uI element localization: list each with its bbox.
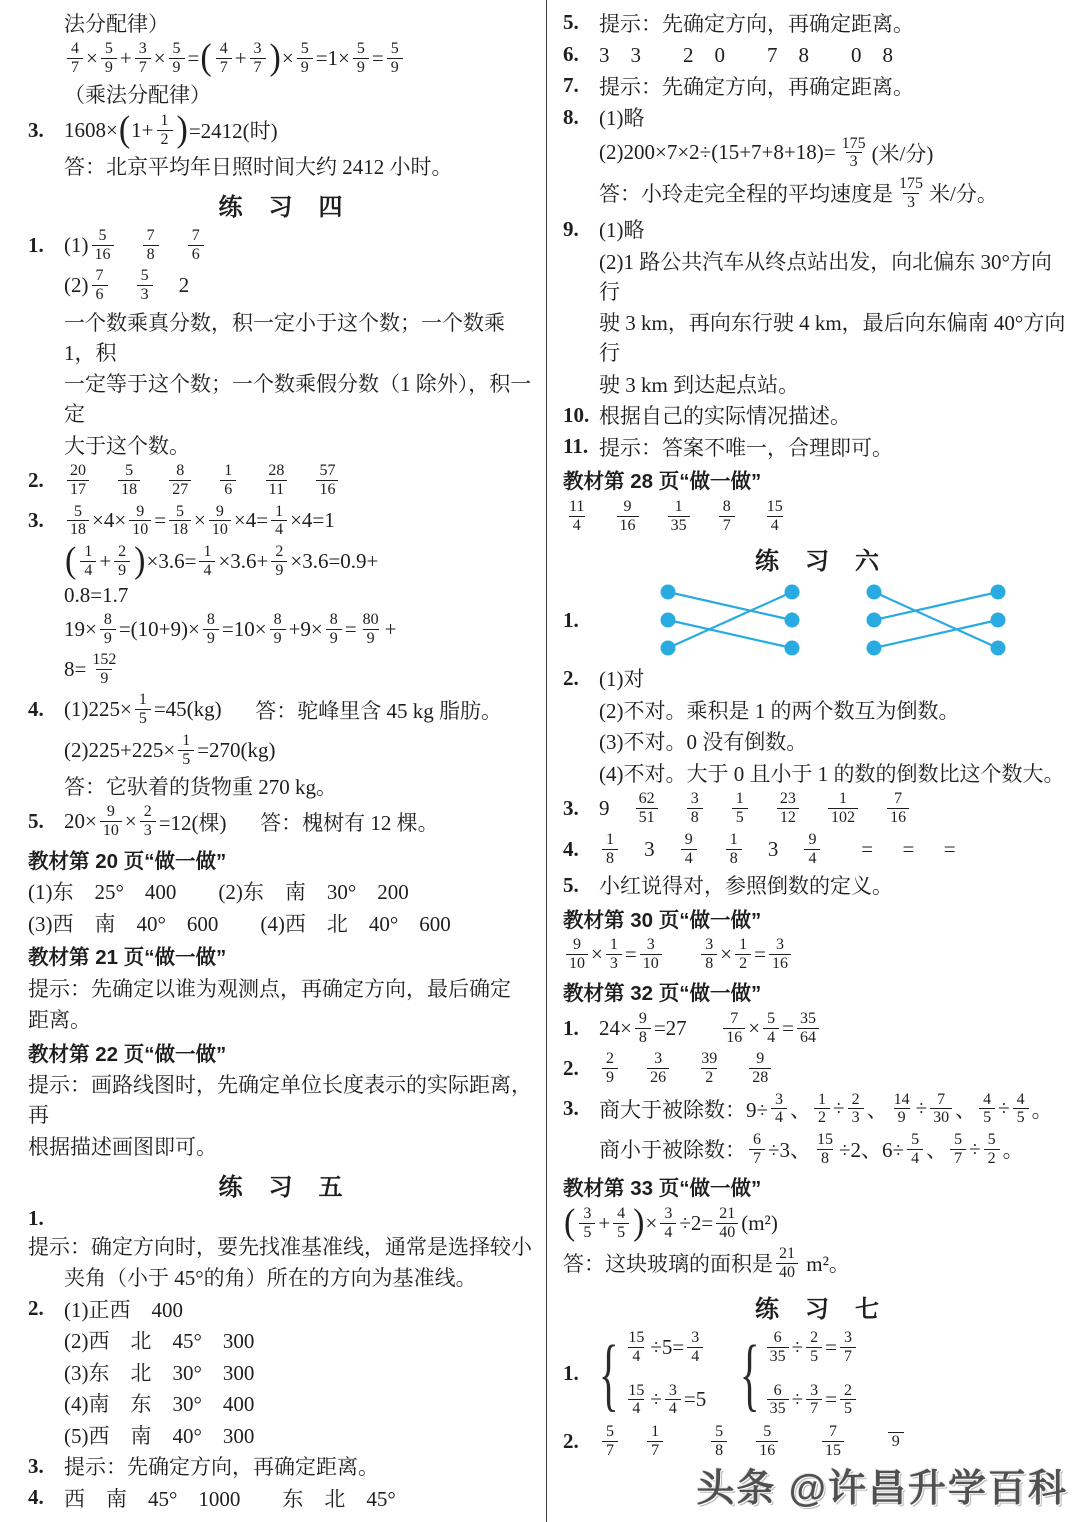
item-number: 4. xyxy=(28,1485,64,1510)
big-paren: ) xyxy=(176,113,189,147)
text-run: ÷ xyxy=(833,1096,845,1121)
fraction: 98 xyxy=(635,1010,651,1047)
text-run: = xyxy=(345,617,357,642)
fraction: 2811 xyxy=(265,462,287,499)
text-run: ×4× xyxy=(92,508,126,533)
item-number: 3. xyxy=(28,1454,64,1479)
fraction-numerator: 15 xyxy=(625,1329,647,1347)
answer-line: 3.1608×(1+12)=2412(时) xyxy=(28,111,534,150)
fraction: 14 xyxy=(271,503,287,540)
fraction-numerator: 175 xyxy=(896,175,926,193)
answer-line: (2)西 北 45° 300 xyxy=(28,1325,534,1355)
fraction-denominator: 9 xyxy=(353,58,369,77)
fraction: 37 xyxy=(250,40,266,77)
text-run: (1)东 25° 400 (2)东 南 30° 200 xyxy=(28,876,409,906)
answer-line: 8.(1)略 xyxy=(563,102,1072,132)
fraction-numerator: 9 xyxy=(569,936,585,954)
equation-group: {635÷25=37635÷37=25 xyxy=(740,1328,859,1420)
fraction-numerator: 9 xyxy=(752,1050,768,1068)
answer-line: 9.(1)略 xyxy=(563,214,1072,244)
fraction: 89 xyxy=(326,611,342,648)
fraction-denominator: 5 xyxy=(840,1399,856,1418)
fraction: 89 xyxy=(270,611,286,648)
text-run: ÷ xyxy=(916,1096,928,1121)
fraction: 14 xyxy=(199,543,215,580)
text-run: =2412(时) xyxy=(189,115,278,145)
text-run: 提示：先确定方向，再确定距离。 xyxy=(64,1451,379,1481)
answer-line: 4.1839418394=== xyxy=(563,830,1072,869)
text-run: ×3.6=0.9+ xyxy=(290,549,378,574)
fraction-numerator: 1 xyxy=(271,503,287,521)
fraction-numerator: 1 xyxy=(814,1091,830,1109)
text-run: 、 xyxy=(867,1094,888,1124)
text-run: 根据描述画图即可。 xyxy=(28,1131,217,1161)
equation-line: 154÷34=5 xyxy=(622,1381,706,1420)
fraction: 518 xyxy=(169,503,191,540)
item-number: 6. xyxy=(563,42,599,67)
item-number: 5. xyxy=(28,809,64,834)
text-run: + xyxy=(598,1211,610,1236)
answer-line: 47×59+37×59=(47+37)×59=1×59=59 xyxy=(28,39,534,78)
text-run: (2)225+225× xyxy=(64,738,175,763)
answer-line: (35+45)×34÷2=2140(m²) xyxy=(563,1204,1072,1243)
fraction-denominator: 10 xyxy=(640,954,662,973)
fraction: 47 xyxy=(216,40,232,77)
fraction-numerator: 6 xyxy=(770,1329,786,1347)
fraction-numerator: 1 xyxy=(602,831,618,849)
spacer xyxy=(914,849,943,850)
spacer xyxy=(706,808,729,809)
fraction-denominator: 6 xyxy=(188,245,204,264)
fraction-denominator: 4 xyxy=(681,849,697,868)
fraction-denominator: 9 xyxy=(326,629,342,648)
spacer xyxy=(642,516,665,517)
spacer xyxy=(778,849,801,850)
fraction: 635 xyxy=(767,1382,789,1419)
fraction: 23 xyxy=(140,803,156,840)
fraction: 37 xyxy=(840,1329,856,1366)
answer-line: 5.提示：先确定方向，再确定距离。 xyxy=(563,8,1072,38)
answer-line: (2)225+225×15=270(kg) xyxy=(28,731,534,770)
text-run: × xyxy=(720,942,732,967)
fraction-denominator: 40 xyxy=(716,1223,738,1242)
fraction: 326 xyxy=(647,1050,669,1087)
item-number: 1. xyxy=(563,608,599,633)
fraction-denominator: 3 xyxy=(848,1108,864,1127)
spacer xyxy=(621,1441,644,1442)
text-run: 一个数乘真分数，积一定小于这个数；一个数乘 1，积 xyxy=(64,307,534,367)
fraction-denominator: 8 xyxy=(602,849,618,868)
fraction-numerator: 5 xyxy=(297,40,313,58)
text-run: 3 3 2 0 7 8 0 8 xyxy=(599,39,893,69)
fraction-denominator: 9 xyxy=(101,58,117,77)
big-paren: ( xyxy=(199,42,212,76)
fraction-denominator: 4 xyxy=(199,561,215,580)
fraction: 12 xyxy=(814,1091,830,1128)
text-run: (4)不对。大于 0 且小于 1 的数的倒数比这个数大。 xyxy=(599,758,1065,788)
fraction-denominator: 35 xyxy=(668,516,690,535)
spacer xyxy=(666,1441,708,1442)
textbook-page-subheading: 教材第 22 页“做一做” xyxy=(28,1037,534,1067)
fraction-denominator: 8 xyxy=(726,849,742,868)
fraction-numerator: 3 xyxy=(771,1091,787,1109)
text-run: 提示：答案不唯一，合理即可。 xyxy=(599,432,893,462)
fraction-numerator: 5 xyxy=(763,1010,779,1028)
fraction-numerator: 35 xyxy=(797,1010,819,1028)
fraction: 54 xyxy=(763,1010,779,1047)
answer-line: 答：小玲走完全程的平均速度是1753米/分。 xyxy=(563,174,1072,213)
cases-answer: 1.{154÷5=34154÷34=5{635÷25=37635÷37=25 xyxy=(563,1328,1072,1420)
fraction: 392 xyxy=(698,1050,720,1087)
fraction: 76 xyxy=(188,227,204,264)
text-run: (3)东 北 30° 300 xyxy=(64,1357,254,1387)
fraction-numerator: 6 xyxy=(770,1382,786,1400)
fraction-numerator: 9 xyxy=(132,503,148,521)
answer-line: 5.小红说得对，参照倒数的定义。 xyxy=(563,870,1072,900)
fraction-denominator: 2 xyxy=(157,130,173,149)
text-run: 19× xyxy=(64,617,97,642)
fraction-numerator: 3 xyxy=(840,1329,856,1347)
item-number: 2. xyxy=(28,468,64,493)
fraction: 3564 xyxy=(797,1010,819,1047)
fraction-numerator: 4 xyxy=(613,1205,629,1223)
textbook-page-subheading: 教材第 28 页“做一做” xyxy=(563,464,1072,494)
fraction-denominator: 8 xyxy=(817,1149,833,1168)
fraction-denominator: 16 xyxy=(723,1028,745,1047)
spacer xyxy=(873,849,902,850)
textbook-page-subheading: 教材第 32 页“做一做” xyxy=(563,976,1072,1006)
text-run: 1+ xyxy=(131,118,153,143)
fraction-numerator: 9 xyxy=(620,498,636,516)
spacer xyxy=(621,849,644,850)
fraction-denominator: 4 xyxy=(804,849,820,868)
spacer xyxy=(672,1068,695,1069)
fraction: 34 xyxy=(665,1382,681,1419)
text-run: 3 xyxy=(768,837,779,862)
answer-line: 910×13=31038×12=316 xyxy=(563,935,1072,974)
answer-line: 3.提示：先确定方向，再确定距离。 xyxy=(28,1451,534,1481)
answer-line: 驶 3 km 到达起点站。 xyxy=(563,369,1072,399)
text-run: (1)225× xyxy=(64,697,132,722)
item-number: 1. xyxy=(563,1016,599,1041)
text-run: 、 xyxy=(926,1134,947,1164)
fraction: 59 xyxy=(169,40,185,77)
answer-line: 11.提示：答案不唯一，合理即可。 xyxy=(563,432,1072,462)
text-run: =5 xyxy=(684,1387,706,1412)
spacer xyxy=(802,808,825,809)
fraction: 149 xyxy=(891,1091,913,1128)
fraction-numerator: 7 xyxy=(933,1091,949,1109)
text-run: 答：驼峰里含 45 kg 脂肪。 xyxy=(255,695,502,725)
fraction: 516 xyxy=(92,227,114,264)
text-run: 24× xyxy=(599,1016,632,1041)
text-run: ÷ xyxy=(792,1387,804,1412)
fraction-numerator: 5 xyxy=(907,1131,923,1149)
fraction: 9 xyxy=(888,1432,904,1451)
fraction: 18 xyxy=(726,831,742,868)
fraction: 47 xyxy=(67,40,83,77)
answer-line: 3.96251381523121102716 xyxy=(563,789,1072,828)
answer-line: 法分配律） xyxy=(28,8,534,38)
answer-line: 商小于被除数：67÷3、158÷2、6÷54、57÷52。 xyxy=(563,1130,1072,1169)
fraction-denominator: 4 xyxy=(771,1108,787,1127)
fraction-denominator: 16 xyxy=(316,480,338,499)
fraction-denominator: 17 xyxy=(67,480,89,499)
fraction: 135 xyxy=(668,498,690,535)
fraction-denominator: 5 xyxy=(806,1347,822,1366)
fraction: 59 xyxy=(387,40,403,77)
fraction-numerator: 1 xyxy=(80,543,96,561)
spacer xyxy=(723,1068,746,1069)
fraction-numerator: 8 xyxy=(100,611,116,629)
fraction-denominator: 35 xyxy=(767,1399,789,1418)
text-run: (2)不对。乘积是 1 的两个数互为倒数。 xyxy=(599,695,960,725)
answer-line: (3)西 南 40° 600 (4)西 北 40° 600 xyxy=(28,908,534,938)
fraction-denominator: 6 xyxy=(92,285,108,304)
fraction-numerator: 15 xyxy=(814,1131,836,1149)
text-run: 西 南 45° 1000 东 北 45° xyxy=(64,1483,396,1513)
fraction-numerator: 8 xyxy=(203,611,219,629)
fraction-denominator: 2 xyxy=(735,954,751,973)
fraction: 2312 xyxy=(777,790,799,827)
fraction-denominator: 16 xyxy=(887,808,909,827)
item-number: 1. xyxy=(563,1361,599,1386)
big-paren: ( xyxy=(64,544,77,578)
fraction-numerator: 5 xyxy=(950,1131,966,1149)
spacer xyxy=(590,516,613,517)
spacer xyxy=(751,808,774,809)
fraction: 2017 xyxy=(67,462,89,499)
text-run: 一定等于这个数；一个数乘假分数（1 除外），积一定 xyxy=(64,368,534,428)
answer-line: 7.提示：先确定方向，再确定距离。 xyxy=(563,71,1072,101)
answer-line: 距离。 xyxy=(28,1004,534,1034)
text-run: 1608× xyxy=(64,118,118,143)
fraction: 910 xyxy=(566,936,588,973)
fraction-denominator: 12 xyxy=(777,808,799,827)
fraction: 23 xyxy=(848,1091,864,1128)
fraction-numerator: 5 xyxy=(101,40,117,58)
fraction-numerator: 1 xyxy=(135,691,151,709)
spacer xyxy=(92,480,115,481)
fraction-denominator: 8 xyxy=(687,808,703,827)
spacer xyxy=(239,480,262,481)
text-run: + xyxy=(120,46,132,71)
text-run: (2) xyxy=(64,273,89,298)
fraction-denominator: 27 xyxy=(169,480,191,499)
fraction-denominator: 35 xyxy=(767,1347,789,1366)
fraction-denominator: 9 xyxy=(271,561,287,580)
fraction-numerator: 5 xyxy=(137,267,153,285)
fraction: 34 xyxy=(771,1091,787,1128)
answer-line: (4)不对。大于 0 且小于 1 的数的倒数比这个数大。 xyxy=(563,758,1072,788)
fraction-numerator: 2 xyxy=(848,1091,864,1109)
fraction: 34 xyxy=(687,1329,703,1366)
text-run: +9× xyxy=(289,617,323,642)
fraction-numerator: 7 xyxy=(890,790,906,808)
answer-line: (1)东 25° 400 (2)东 南 30° 200 xyxy=(28,876,534,906)
text-run: (1)略 xyxy=(599,214,645,244)
text-run: 提示：画路线图时，先确定单位长度表示的实际距离，再 xyxy=(28,1069,534,1129)
textbook-page-subheading: 教材第 21 页“做一做” xyxy=(28,940,534,970)
fraction-numerator: 1 xyxy=(606,936,622,954)
left-brace-icon: { xyxy=(599,1339,619,1409)
item-number: 2. xyxy=(563,666,599,691)
spacer xyxy=(621,1068,644,1069)
fraction-denominator: 18 xyxy=(169,520,191,539)
fraction-numerator: 8 xyxy=(172,462,188,480)
fraction: 53 xyxy=(137,267,153,304)
fraction-numerator: 4 xyxy=(979,1091,995,1109)
text-run: 夹角（小于 45°的角）所在的方向为基准线。 xyxy=(64,1262,477,1292)
answer-line: （乘法分配律） xyxy=(28,79,534,109)
equation-lines: 154÷5=34154÷34=5 xyxy=(622,1328,706,1420)
fraction-numerator: 1 xyxy=(726,831,742,849)
fraction-denominator: 102 xyxy=(828,808,858,827)
text-run: + xyxy=(235,46,247,71)
fraction-denominator: 4 xyxy=(628,1347,644,1366)
fraction-numerator: 21 xyxy=(716,1205,738,1223)
fraction-numerator: 1 xyxy=(835,790,851,808)
text-run: × xyxy=(125,809,137,834)
fraction-denominator: 4 xyxy=(569,516,585,535)
answer-line: 根据描述画图即可。 xyxy=(28,1131,534,1161)
fraction: 114 xyxy=(566,498,587,535)
item-number: 5. xyxy=(563,10,599,35)
fraction-numerator: 2 xyxy=(806,1329,822,1347)
fraction-denominator: 7 xyxy=(250,58,266,77)
textbook-page-subheading: 教材第 33 页“做一做” xyxy=(563,1171,1072,1201)
text-run: = xyxy=(154,508,166,533)
spacer xyxy=(162,245,185,246)
text-run: + xyxy=(385,617,397,642)
fraction: 635 xyxy=(767,1329,789,1366)
spacer xyxy=(610,808,633,809)
fraction-denominator: 2 xyxy=(814,1108,830,1127)
fraction-numerator: 5 xyxy=(759,1423,775,1441)
fraction-denominator: 5 xyxy=(135,709,151,728)
text-run: 。 xyxy=(1032,1094,1053,1124)
fraction-denominator: 4 xyxy=(907,1149,923,1168)
fraction: 59 xyxy=(353,40,369,77)
fraction-numerator: 3 xyxy=(687,790,703,808)
big-paren: ) xyxy=(632,1206,645,1240)
text-run: 距离。 xyxy=(28,1004,91,1034)
left-column: 法分配律）47×59+37×59=(47+37)×59=1×59=59（乘法分配… xyxy=(0,0,547,1522)
answer-line: 2.20175188271628115716 xyxy=(28,461,534,500)
fraction: 76 xyxy=(92,267,108,304)
text-run: ÷ xyxy=(998,1096,1010,1121)
spacer xyxy=(143,480,166,481)
answer-line: (3)东 北 30° 300 xyxy=(28,1357,534,1387)
text-run: ÷3、 xyxy=(768,1134,811,1164)
fraction-denominator: 4 xyxy=(767,516,783,535)
fraction-denominator: 2 xyxy=(701,1068,717,1087)
text-run: 小红说得对，参照倒数的定义。 xyxy=(599,870,893,900)
fraction-denominator: 4 xyxy=(687,1347,703,1366)
fraction-numerator: 3 xyxy=(665,1382,681,1400)
answer-line: 3.商大于被除数：9÷34、12÷23、149÷730、45÷45。 xyxy=(563,1090,1072,1129)
fraction-denominator: 9 xyxy=(96,669,112,688)
text-run: (1)略 xyxy=(599,102,645,132)
fraction-denominator: 10 xyxy=(129,520,151,539)
fraction: 310 xyxy=(640,936,662,973)
text-run: + xyxy=(99,549,111,574)
text-run: ÷5= xyxy=(650,1335,684,1360)
text-run: 答：北京平均年日照时间大约 2412 小时。 xyxy=(64,151,453,181)
text-run: 20× xyxy=(64,809,97,834)
text-run: (米/分) xyxy=(872,138,934,168)
text-run: 答：槐树有 12 棵。 xyxy=(260,807,439,837)
fraction-denominator: 4 xyxy=(665,1399,681,1418)
text-run: (2)西 北 45° 300 xyxy=(64,1325,254,1355)
fraction: 16 xyxy=(220,462,236,499)
fraction-denominator: 18 xyxy=(67,520,89,539)
item-number: 2. xyxy=(28,1296,64,1321)
fraction: 15 xyxy=(732,790,748,827)
fraction-numerator: 1 xyxy=(732,790,748,808)
fraction-numerator: 1 xyxy=(647,1423,663,1441)
spacer xyxy=(700,849,723,850)
fraction-numerator: 5 xyxy=(602,1423,618,1441)
fraction-denominator: 28 xyxy=(749,1068,771,1087)
fraction-numerator: 3 xyxy=(135,40,151,58)
spacer xyxy=(738,516,761,517)
big-paren: ( xyxy=(563,1206,576,1240)
answer-line: (14+29)×3.6=14×3.6+29×3.6=0.9+ xyxy=(28,542,534,581)
fraction-denominator: 3 xyxy=(606,954,622,973)
spacer xyxy=(665,954,699,955)
text-run: 答：小玲走完全程的平均速度是 xyxy=(599,178,893,208)
fraction-denominator: 9 xyxy=(387,58,403,77)
answer-line: (2)不对。乘积是 1 的两个数互为倒数。 xyxy=(563,695,1072,725)
answer-line: 2.5717585167159 xyxy=(563,1422,1072,1461)
fraction-numerator: 1 xyxy=(178,732,194,750)
fraction-numerator: 5 xyxy=(95,227,111,245)
answer-line: 答：北京平均年日照时间大约 2412 小时。 xyxy=(28,151,534,181)
equation-group: {154÷5=34154÷34=5 xyxy=(599,1328,706,1420)
fraction-numerator: 39 xyxy=(698,1050,720,1068)
answer-line: (2)76532 xyxy=(28,266,534,305)
text-run: × xyxy=(748,1016,760,1041)
fraction-numerator: 9 xyxy=(212,503,228,521)
fraction-denominator: 3 xyxy=(140,821,156,840)
text-run: =10× xyxy=(222,617,267,642)
fraction-numerator: 9 xyxy=(635,1010,651,1028)
fraction-numerator: 2 xyxy=(140,803,156,821)
matching-diagram xyxy=(655,580,805,660)
text-run: 大于这个数。 xyxy=(64,430,190,460)
fraction: 1102 xyxy=(828,790,858,827)
fraction-denominator: 7 xyxy=(806,1399,822,1418)
item-number: 4. xyxy=(563,837,599,862)
text-run: 商大于被除数：9÷ xyxy=(599,1094,768,1124)
big-paren: ) xyxy=(133,544,146,578)
text-run: 提示：先确定以谁为观测点，再确定方向，最后确定 xyxy=(28,973,511,1003)
text-run: 商小于被除数： xyxy=(599,1134,746,1164)
fraction: 14 xyxy=(80,543,96,580)
fraction-numerator: 28 xyxy=(265,462,287,480)
item-number: 10. xyxy=(563,403,599,428)
fraction-denominator: 5 xyxy=(579,1223,595,1242)
fraction-numerator: 2 xyxy=(114,543,130,561)
fraction-numerator: 3 xyxy=(806,1382,822,1400)
fraction: 89 xyxy=(100,611,116,648)
fraction: 54 xyxy=(907,1131,923,1168)
fraction: 57 xyxy=(602,1423,618,1460)
answer-line: 5.20×910×23=12(棵)答：槐树有 12 棵。 xyxy=(28,802,534,841)
fraction: 12 xyxy=(157,112,173,149)
answer-line: 11491613587154 xyxy=(563,497,1072,536)
